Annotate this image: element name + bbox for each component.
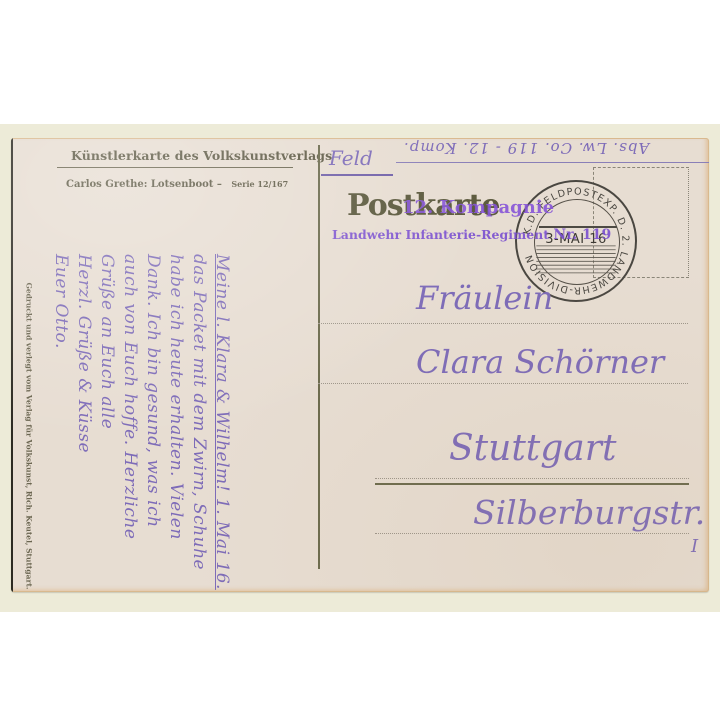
artist-line: Carlos Grethe: Lotsenboot – Serie 12/167 xyxy=(66,179,288,190)
address-line-dotted xyxy=(318,323,688,324)
regiment-name: Landwehr Infanterie-Regiment xyxy=(332,227,549,242)
artist-credit: Carlos Grethe: Lotsenboot – xyxy=(66,179,222,190)
sender-note-rule xyxy=(396,162,709,163)
message-line: Grüße an Euch alle xyxy=(95,254,118,592)
sender-note-upside-down: Abs. Lw. Co. 119 - 12. Komp. xyxy=(403,139,649,157)
address-line-dotted xyxy=(318,383,688,384)
address-line-dotted xyxy=(375,533,689,534)
publisher-header: Künstlerkarte des Volkskunstverlags xyxy=(71,148,332,163)
address-line-solid xyxy=(375,483,689,485)
handwritten-message: Meine l. Klara & Wilhelm! 1. Mai 16. das… xyxy=(11,254,233,592)
message-line: Meine l. Klara & Wilhelm! 1. Mai 16. xyxy=(210,254,233,592)
address-floor-mark: I xyxy=(691,536,698,557)
address-line-dotted xyxy=(375,478,689,479)
unit-stamp-regiment: Landwehr Infanterie-Regiment Nr. 119 xyxy=(332,227,611,243)
series-number: Serie 12/167 xyxy=(231,179,288,189)
center-divider xyxy=(318,145,320,569)
publisher-rule xyxy=(57,167,293,168)
message-line: das Packet mit dem Zwirn, Schuhe xyxy=(187,254,210,592)
feld-note: Feld xyxy=(329,146,373,170)
address-city: Stuttgart xyxy=(449,428,616,469)
feld-underline xyxy=(321,174,393,176)
message-line: habe ich heute erhalten. Vielen xyxy=(164,254,187,592)
message-line: auch von Euch hoffe. Herzliche xyxy=(118,254,141,592)
address-salutation: Fräulein xyxy=(416,279,553,317)
regiment-number: Nr. 119 xyxy=(553,227,611,243)
address-street: Silberburgstr. 43 xyxy=(473,493,709,532)
message-line: Herzl. Grüße & Küsse xyxy=(72,254,95,592)
address-name: Clara Schörner xyxy=(416,343,664,381)
message-line: Euer Otto. xyxy=(49,254,72,592)
postcard: Künstlerkarte des Volkskunstverlags Carl… xyxy=(11,138,709,592)
message-line: Dank. Ich bin gesund, was ich xyxy=(141,254,164,592)
unit-stamp-company: 12. Kompagnie xyxy=(402,197,554,218)
